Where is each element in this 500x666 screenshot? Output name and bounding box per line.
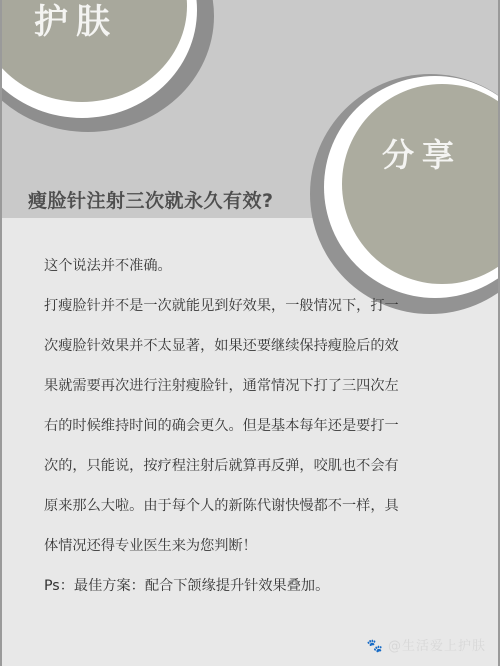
body-line: 次瘦脸针效果并不太显著，如果还要继续保持瘦脸后的效: [44, 326, 464, 366]
body-line: 次的，只能说，按疗程注射后就算再反弹，咬肌也不会有: [44, 446, 464, 486]
article-body: 这个说法并不准确。 打瘦脸针并不是一次就能见到好效果，一般情况下，打一 次瘦脸针…: [44, 246, 464, 606]
circle-label-share: 分享: [382, 130, 462, 176]
body-line: 果就需要再次进行注射瘦脸针，通常情况下打了三四次左: [44, 366, 464, 406]
article-card: 护肤 分享 瘦脸针注射三次就永久有效? 这个说法并不准确。 打瘦脸针并不是一次就…: [0, 0, 500, 666]
body-line: 原来那么大啦。由于每个人的新陈代谢快慢都不一样，具: [44, 486, 464, 526]
watermark: 🐾@生活爱上护肤: [367, 635, 486, 654]
body-line: 这个说法并不准确。: [44, 246, 464, 286]
circle-label-skincare: 护肤: [34, 0, 118, 43]
article-title: 瘦脸针注射三次就永久有效?: [28, 186, 274, 213]
body-line: 右的时候维持时间的确会更久。但是基本每年还是要打一: [44, 406, 464, 446]
watermark-text: @生活爱上护肤: [388, 639, 486, 654]
body-line: 打瘦脸针并不是一次就能见到好效果，一般情况下，打一: [44, 286, 464, 326]
paw-icon: 🐾: [367, 639, 384, 654]
body-line: 体情况还得专业医生来为您判断！: [44, 526, 464, 566]
body-line-ps: Ps：最佳方案：配合下颌缘提升针效果叠加。: [44, 566, 464, 606]
